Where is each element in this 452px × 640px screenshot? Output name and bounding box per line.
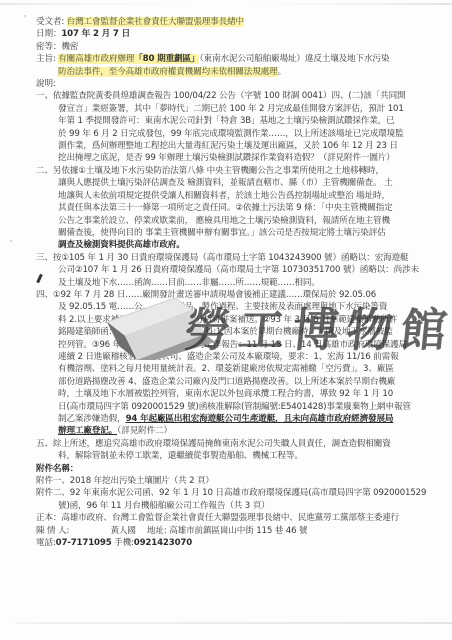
item-number: 二、 [36, 166, 53, 176]
item-text: 公司②107 年 1 月 26 日貴府環境保護局（高市環局土字第 1073035… [36, 264, 426, 276]
subject-text: ，至今高雄市政府權責機關均未依相關法規處理 [100, 67, 277, 77]
item-text: 讓與人應提供土壤污染評估調查及 檢測資料，並報請直轄市、縣（市）主管機關備查。 … [36, 177, 426, 189]
item-text: 其責任與本法第三十一條第一項所定之責任同。②依據土污法第 9 條：「中央主管機關… [36, 202, 426, 214]
item-text: 發宣言」業經簽署，其中「夢時代」二期已於 100 年 2 月完成最佳開發方案評估… [36, 103, 426, 115]
attachment-2: 附件二、92 年東南水泥公司函、92 年 1 月 10 日高雄市政府環境保護局(… [36, 487, 426, 499]
item-text: （詳見附件二） [117, 426, 172, 436]
item-text: 於 99 年 6 月 2 日完成發包，99 年底完成環境監測作業……，以上所述該… [36, 128, 426, 140]
margin-mark: ' [24, 14, 26, 23]
item-text: 綜上所述，應追究高雄市政府環境保護局掩飾東南水泥公司失職人員責任，調查造假相關資 [53, 439, 391, 449]
subject-text: 防治法事件 [58, 67, 100, 77]
recipient: 台灣工會監督企業社會責任大聯盟張理事長緒中 [67, 17, 244, 27]
item-text: 料，解除管制並未停工歇業，還繼續從事製造船舶、機械工程等。 [36, 450, 426, 462]
subject-line-2: 防治法事件，至今高雄市政府權責機關均未依相關法規處理。 [36, 66, 426, 78]
subject-text: （東南水泥公司船舶廠場址）違反土壤及地下水污染 [199, 54, 389, 64]
item-number: 五、 [36, 439, 53, 449]
scan-edge-bottom [15, 622, 452, 624]
item-text: 另依據①土壤及地下水污染防治法第八條 中央主管機關公告之事業所使用之土地移轉時， [53, 166, 384, 176]
classification-line: 密等：機密 [36, 41, 426, 53]
attachment-1: 附件一、2018 年挖出污染土壤圖片（共 2 頁） [36, 475, 426, 487]
item-text: 料 2.以上要求補正資料，正統籌檢討分析將併案補送。②93 年 3 月 5 日華… [36, 314, 426, 326]
classification-label: 密等： [36, 42, 61, 52]
item-text: 銘陽建築師函：………(略）環保局第五科:1.因本案於早期台機廠時，土壤及地下水層… [36, 326, 426, 338]
item-text: 年第 1 季提開發許可：東南水泥公司針對「特倉 3B」基地之土壤污染檢測試鑽採作… [36, 115, 426, 127]
scan-edge-top [0, 3, 452, 5]
item-text: 按①105 年 1 月 30 日貴府環境保護局（高市環局土字第 10432439… [53, 253, 409, 263]
recipient-line: 受文者: 台灣工會監督企業社會責任大聯盟張理事長緒中 [36, 16, 426, 28]
subject-line-1: 主旨: 有關高雄市政府辦理「80 期重劃區」（東南水泥公司船舶廠場址）違反土壤及… [36, 53, 426, 65]
underlined-text: 94 年起廠區出租宏海遊艇公司生產遊艇，且未向高雄市政府經濟發展局 [126, 414, 394, 424]
item-text: 及 92.05.15 電……公……主要產品、製作過程、主要技術及表面處理與地下水… [36, 301, 426, 313]
date: 107 年 2 月 7 日 [61, 29, 130, 39]
petitioner-name: 黃人國 [110, 526, 135, 536]
phone-label: 電話: [36, 538, 56, 548]
item-text: 有機溶劑、塗料之每月使用量統計表。2、環菱新建廠房依規定需補繳「空污費」。3、廠… [36, 363, 426, 375]
attachment-2-cont: 號)函，96 年 11 月台機船舶廠公司工作報告（共 3 頁） [36, 500, 426, 512]
explanation-item-3: 三、按①105 年 1 月 30 日貴府環境保護局（高市環局土字第 104324… [36, 252, 426, 289]
item-number: 三、 [36, 253, 53, 263]
phone: 07-7171095 [56, 538, 112, 548]
item-text: 部份道路揚塵改善 4、盛造企業公司廠內及門口道路揚塵改善。以上所述本案於早期台機… [36, 376, 426, 388]
item-text: 連續 2 日進廠稽核宏海遊艇公司、盛造企業公司及本廠環境，要求：1、宏海 11/… [36, 351, 426, 363]
item-text: 依據監查院黃委員煌雄調查報告 100/04/22 公告（字號 100 財調 00… [53, 91, 406, 101]
subject-label: 主旨: [36, 54, 56, 64]
item-number: 一、 [36, 91, 53, 101]
item-text: 調查及檢測資料提供高雄市政府。 [36, 239, 426, 251]
address: 高雄市前鎮區崗山中街 115 巷 46 號 [169, 526, 307, 536]
explanation-label: 說明: [36, 78, 426, 90]
explanation-item-2: 二、另依據①土壤及地下水污染防治法第八條 中央主管機關公告之事業所使用之土地移轉… [36, 165, 426, 252]
explanation-item-1: 一、依據監查院黃委員煌雄調查報告 100/04/22 公告（字號 100 財調 … [36, 90, 426, 164]
item-text: 制乙案涉嫌造假， [58, 414, 126, 424]
item-text: 時，土壤及地下水層被監控列管，東南水泥以外包商承攬工程合約書，導致 92 年 1… [36, 388, 426, 400]
petitioner-line: 陳 情 人: 黃人國 地址: 高雄市前鎮區崗山中街 115 巷 46 號 [36, 525, 426, 537]
classification: 機密 [61, 42, 78, 52]
scanned-document-page: ' ' 受文者: 台灣工會監督企業社會責任大聯盟張理事長緒中 日期：107 年 … [0, 0, 452, 640]
explanation-item-4: 四、①92 年 7 月 28 日……廠開發計畫送審申請現場會後補正建議……環保局… [36, 289, 426, 438]
contact-line: 電話:07-7171095 手機:0921423070 [36, 537, 426, 549]
address-label: 地址: [147, 526, 167, 536]
item-text: 及土壤及地下水……函詢……目前……非屬……所……規範……相同。 [36, 277, 426, 289]
item-number: 四、 [36, 290, 53, 300]
item-text: 控列管。③96 年 11 月台機船舶廠公司工作報告：11 月 13 日、14 日… [36, 339, 426, 351]
date-label: 日期： [36, 29, 61, 39]
recipient-label: 受文者: [36, 17, 64, 27]
date-line: 日期：107 年 2 月 7 日 [36, 28, 426, 40]
underlined-text: 辦理工廠登記。 [58, 426, 117, 436]
mobile: 0921423070 [134, 538, 192, 548]
mobile-label: 手機: [114, 538, 134, 548]
subject-text: 「80 期重劃區」 [134, 54, 199, 64]
petitioner-label: 陳 情 人: [36, 526, 69, 536]
copies-line: 正本：高雄市政府、台灣工會監督企業社會責任大聯盟張理事長緒中、民進黨勞工黨部蔡主… [36, 512, 426, 524]
margin-mark: ' [10, 239, 12, 248]
item-text: 公告之事業於設立、停業或歇業前， 應檢具用地之土壤污染檢測資料，報請所在地主管機 [36, 215, 426, 227]
subject-text: 。 [278, 67, 286, 77]
document-body: 受文者: 台灣工會監督企業社會責任大聯盟張理事長緒中 日期：107 年 2 月 … [36, 16, 426, 549]
item-text: 地讓與人未依前項規定提供受讓人相關資料者，於該土地公告爲控制場址或整治 場址時， [36, 190, 426, 202]
item-text: 日(高市環局四字第 0920001529 號)函核准解除(管制編號:E54014… [36, 401, 426, 413]
item-text: 挖出掩埋之底泥，是否 99 年辦理土壤污染檢測試鑽採作業資料造假？（詳見附件一圖… [36, 152, 426, 164]
item-text: ①92 年 7 月 28 日……廠開發計畫送審申請現場會後補正建議……環保局於 … [53, 290, 376, 300]
attachments-label: 附件名稱： [36, 463, 426, 475]
item-text: 關備查後，使得向目的 事業主管機關申辦有關事宜。」該公司是否按規定將土壤污染評估 [36, 227, 426, 239]
subject-text: 有關高雄市政府辦理 [58, 54, 134, 64]
explanation-item-5: 五、綜上所述，應追究高雄市政府環境保護局掩飾東南水泥公司失職人員責任，調查造假相… [36, 438, 426, 463]
item-text: 測作業，爲何辦理整地工程挖出大量毒紅泥污染土壤及運出廠區，又於 106 年 12… [36, 140, 426, 152]
